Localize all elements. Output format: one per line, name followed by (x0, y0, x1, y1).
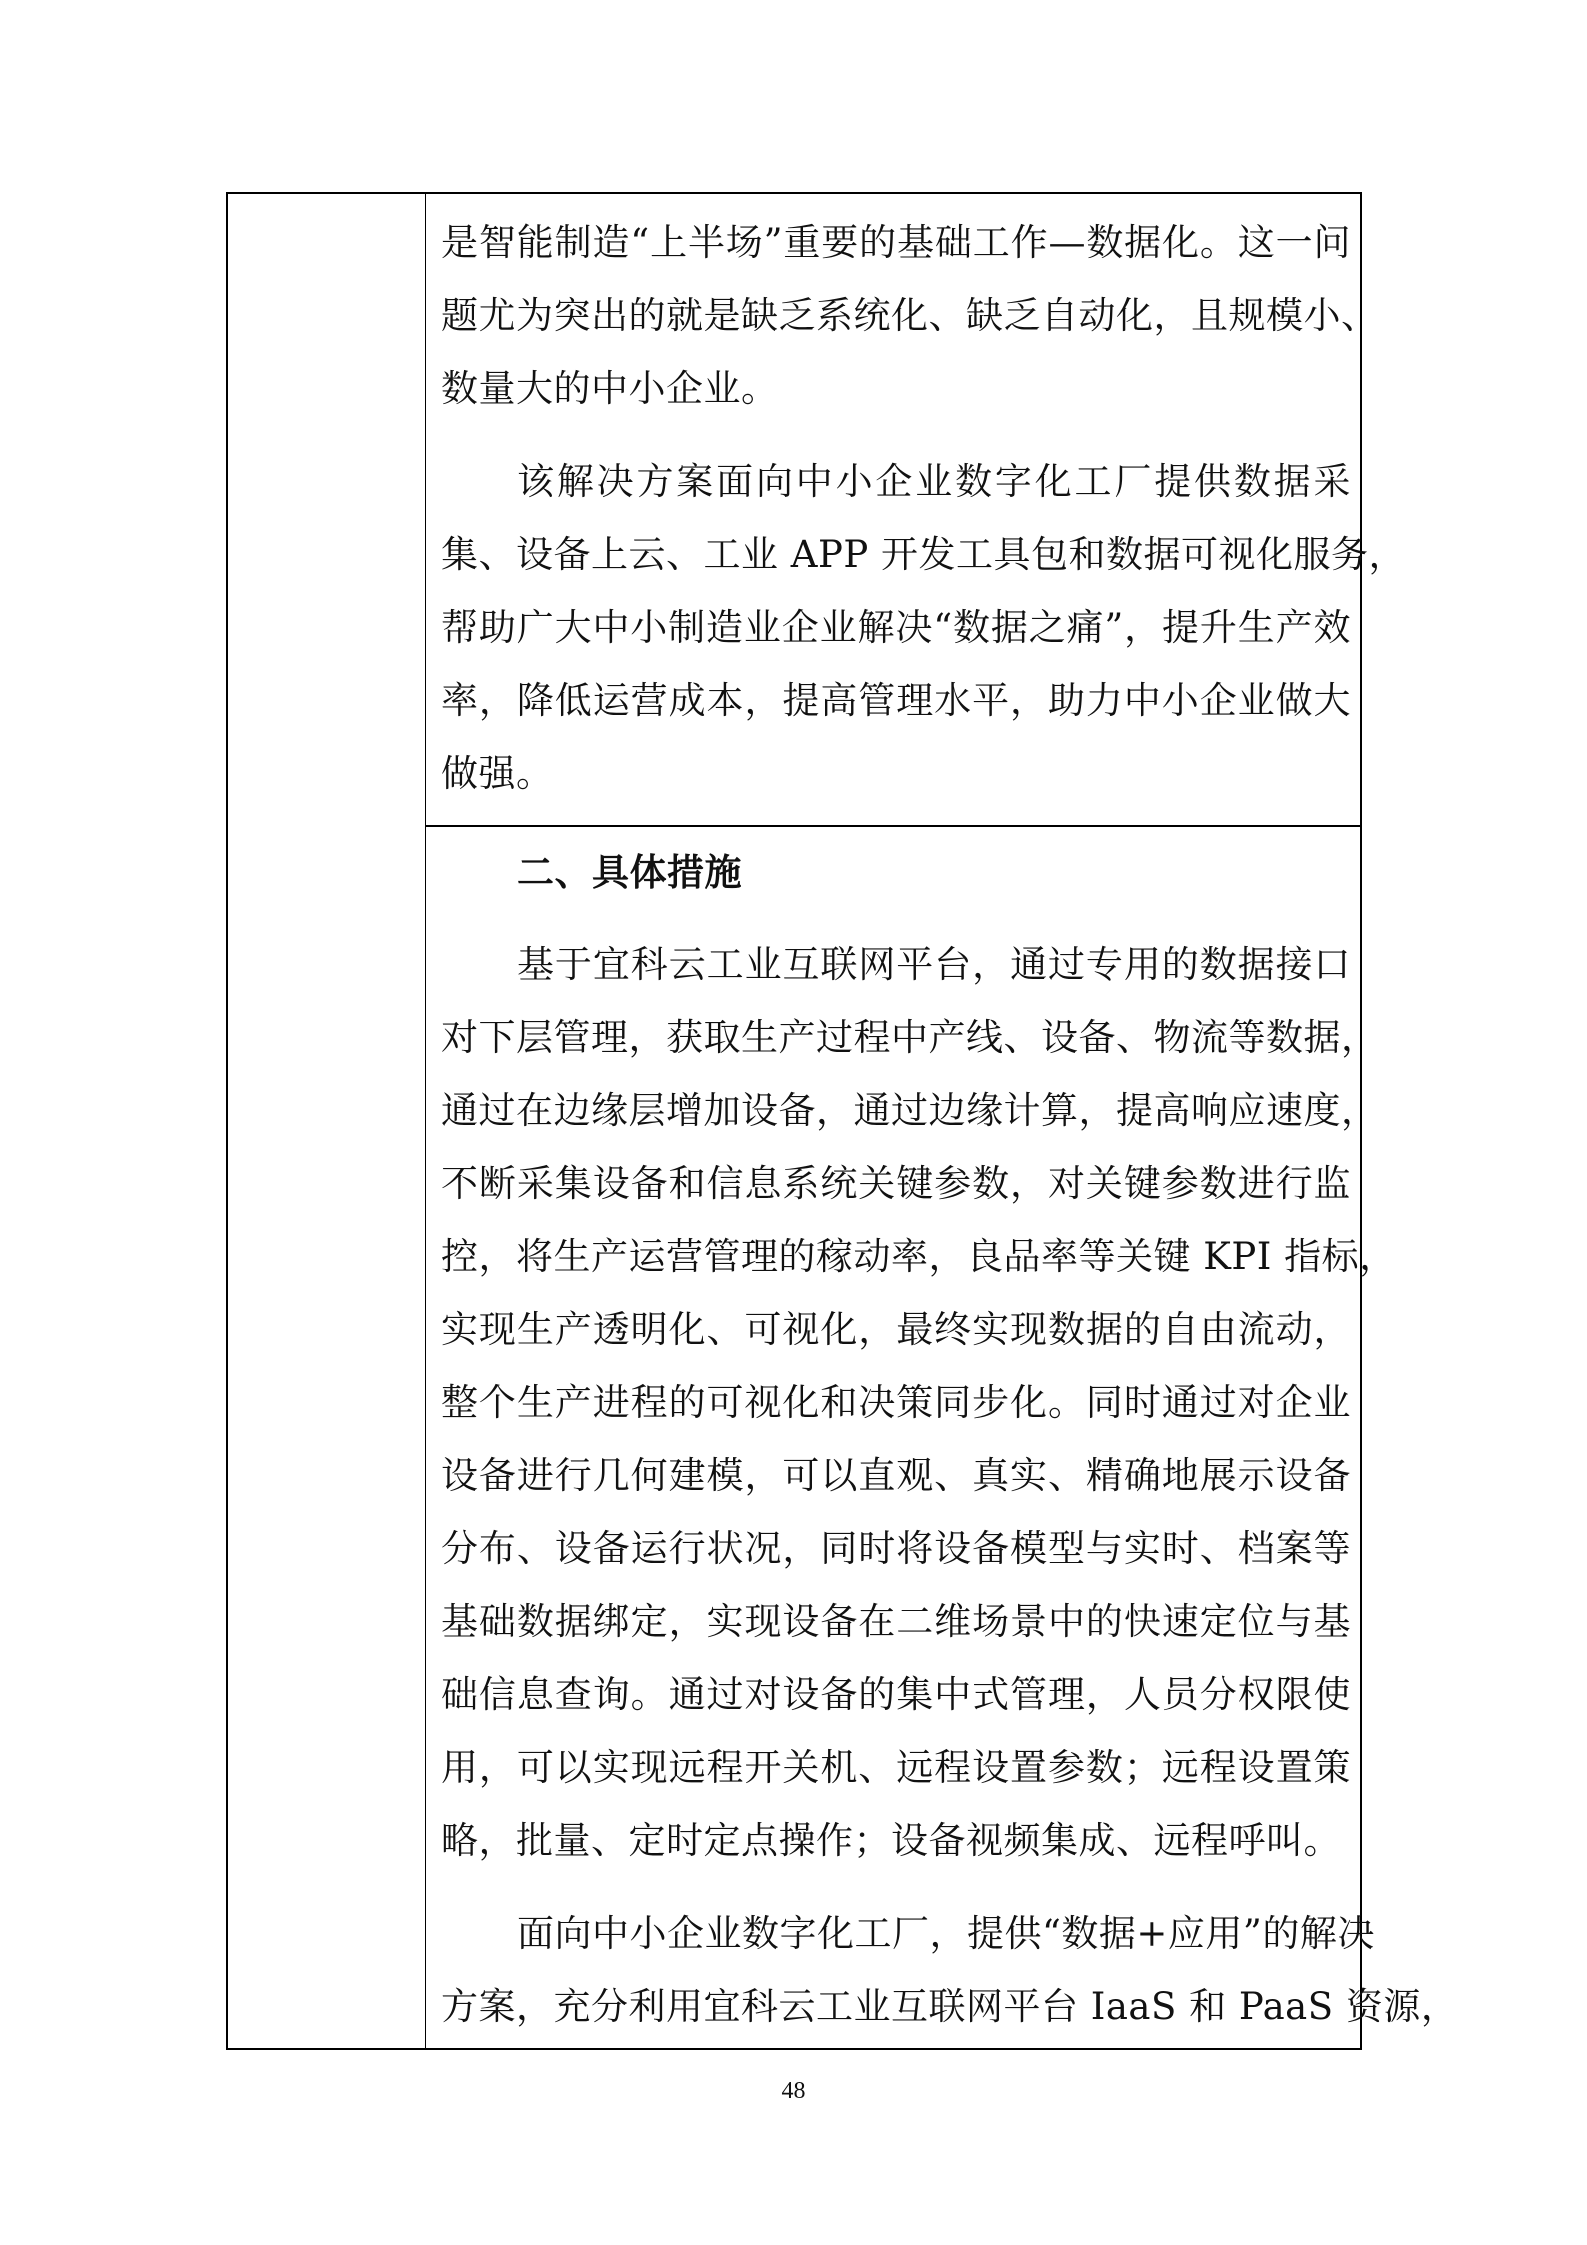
text-line: 础信息查询。通过对设备的集中式管理，人员分权限使 (441, 1670, 1351, 1720)
text-line: 集、设备上云、工业 APP 开发工具包和数据可视化服务， (441, 530, 1351, 580)
label-cell (228, 194, 425, 2048)
text-line: 题尤为突出的就是缺乏系统化、缺乏自动化，且规模小、 (441, 291, 1351, 341)
text-line: 控，将生产运营管理的稼动率，良品率等关键 KPI 指标， (441, 1232, 1351, 1282)
content-cell-background: 是智能制造“上半场”重要的基础工作—数据化。这一问 题尤为突出的就是缺乏系统化、… (427, 194, 1360, 825)
section-heading: 二、具体措施 (517, 847, 1351, 897)
text-line: 设备进行几何建模，可以直观、真实、精确地展示设备 (441, 1451, 1351, 1501)
text-line: 略，批量、定时定点操作；设备视频集成、远程呼叫。 (441, 1816, 1351, 1866)
text-line: 率，降低运营成本，提高管理水平，助力中小企业做大 (441, 676, 1351, 726)
text-line: 面向中小企业数字化工厂，提供“数据+应用”的解决 (517, 1909, 1351, 1959)
text-line: 实现生产透明化、可视化，最终实现数据的自由流动， (441, 1305, 1351, 1355)
text-line: 用，可以实现远程开关机、远程设置参数；远程设置策 (441, 1743, 1351, 1793)
text-line: 对下层管理，获取生产过程中产线、设备、物流等数据， (441, 1013, 1351, 1063)
text-line: 整个生产进程的可视化和决策同步化。同时通过对企业 (441, 1378, 1351, 1428)
content-table: 是智能制造“上半场”重要的基础工作—数据化。这一问 题尤为突出的就是缺乏系统化、… (226, 192, 1362, 2050)
text-line: 基于宜科云工业互联网平台，通过专用的数据接口 (517, 940, 1351, 990)
text-line: 基础数据绑定，实现设备在二维场景中的快速定位与基 (441, 1597, 1351, 1647)
page-number: 48 (0, 2078, 1587, 2105)
text-line: 是智能制造“上半场”重要的基础工作—数据化。这一问 (441, 218, 1351, 268)
content-cell-measures: 二、具体措施 基于宜科云工业互联网平台，通过专用的数据接口 对下层管理，获取生产… (427, 827, 1360, 2048)
text-line: 做强。 (441, 749, 1351, 799)
text-line: 该解决方案面向中小企业数字化工厂提供数据采 (517, 457, 1351, 507)
text-line: 通过在边缘层增加设备，通过边缘计算，提高响应速度， (441, 1086, 1351, 1136)
text-line: 数量大的中小企业。 (441, 364, 1351, 414)
text-line: 帮助广大中小制造业企业解决“数据之痛”，提升生产效 (441, 603, 1351, 653)
text-line: 不断采集设备和信息系统关键参数，对关键参数进行监 (441, 1159, 1351, 1209)
text-line: 方案，充分利用宜科云工业互联网平台 IaaS 和 PaaS 资源， (441, 1982, 1351, 2032)
text-line: 分布、设备运行状况，同时将设备模型与实时、档案等 (441, 1524, 1351, 1574)
column-divider (425, 194, 426, 2048)
